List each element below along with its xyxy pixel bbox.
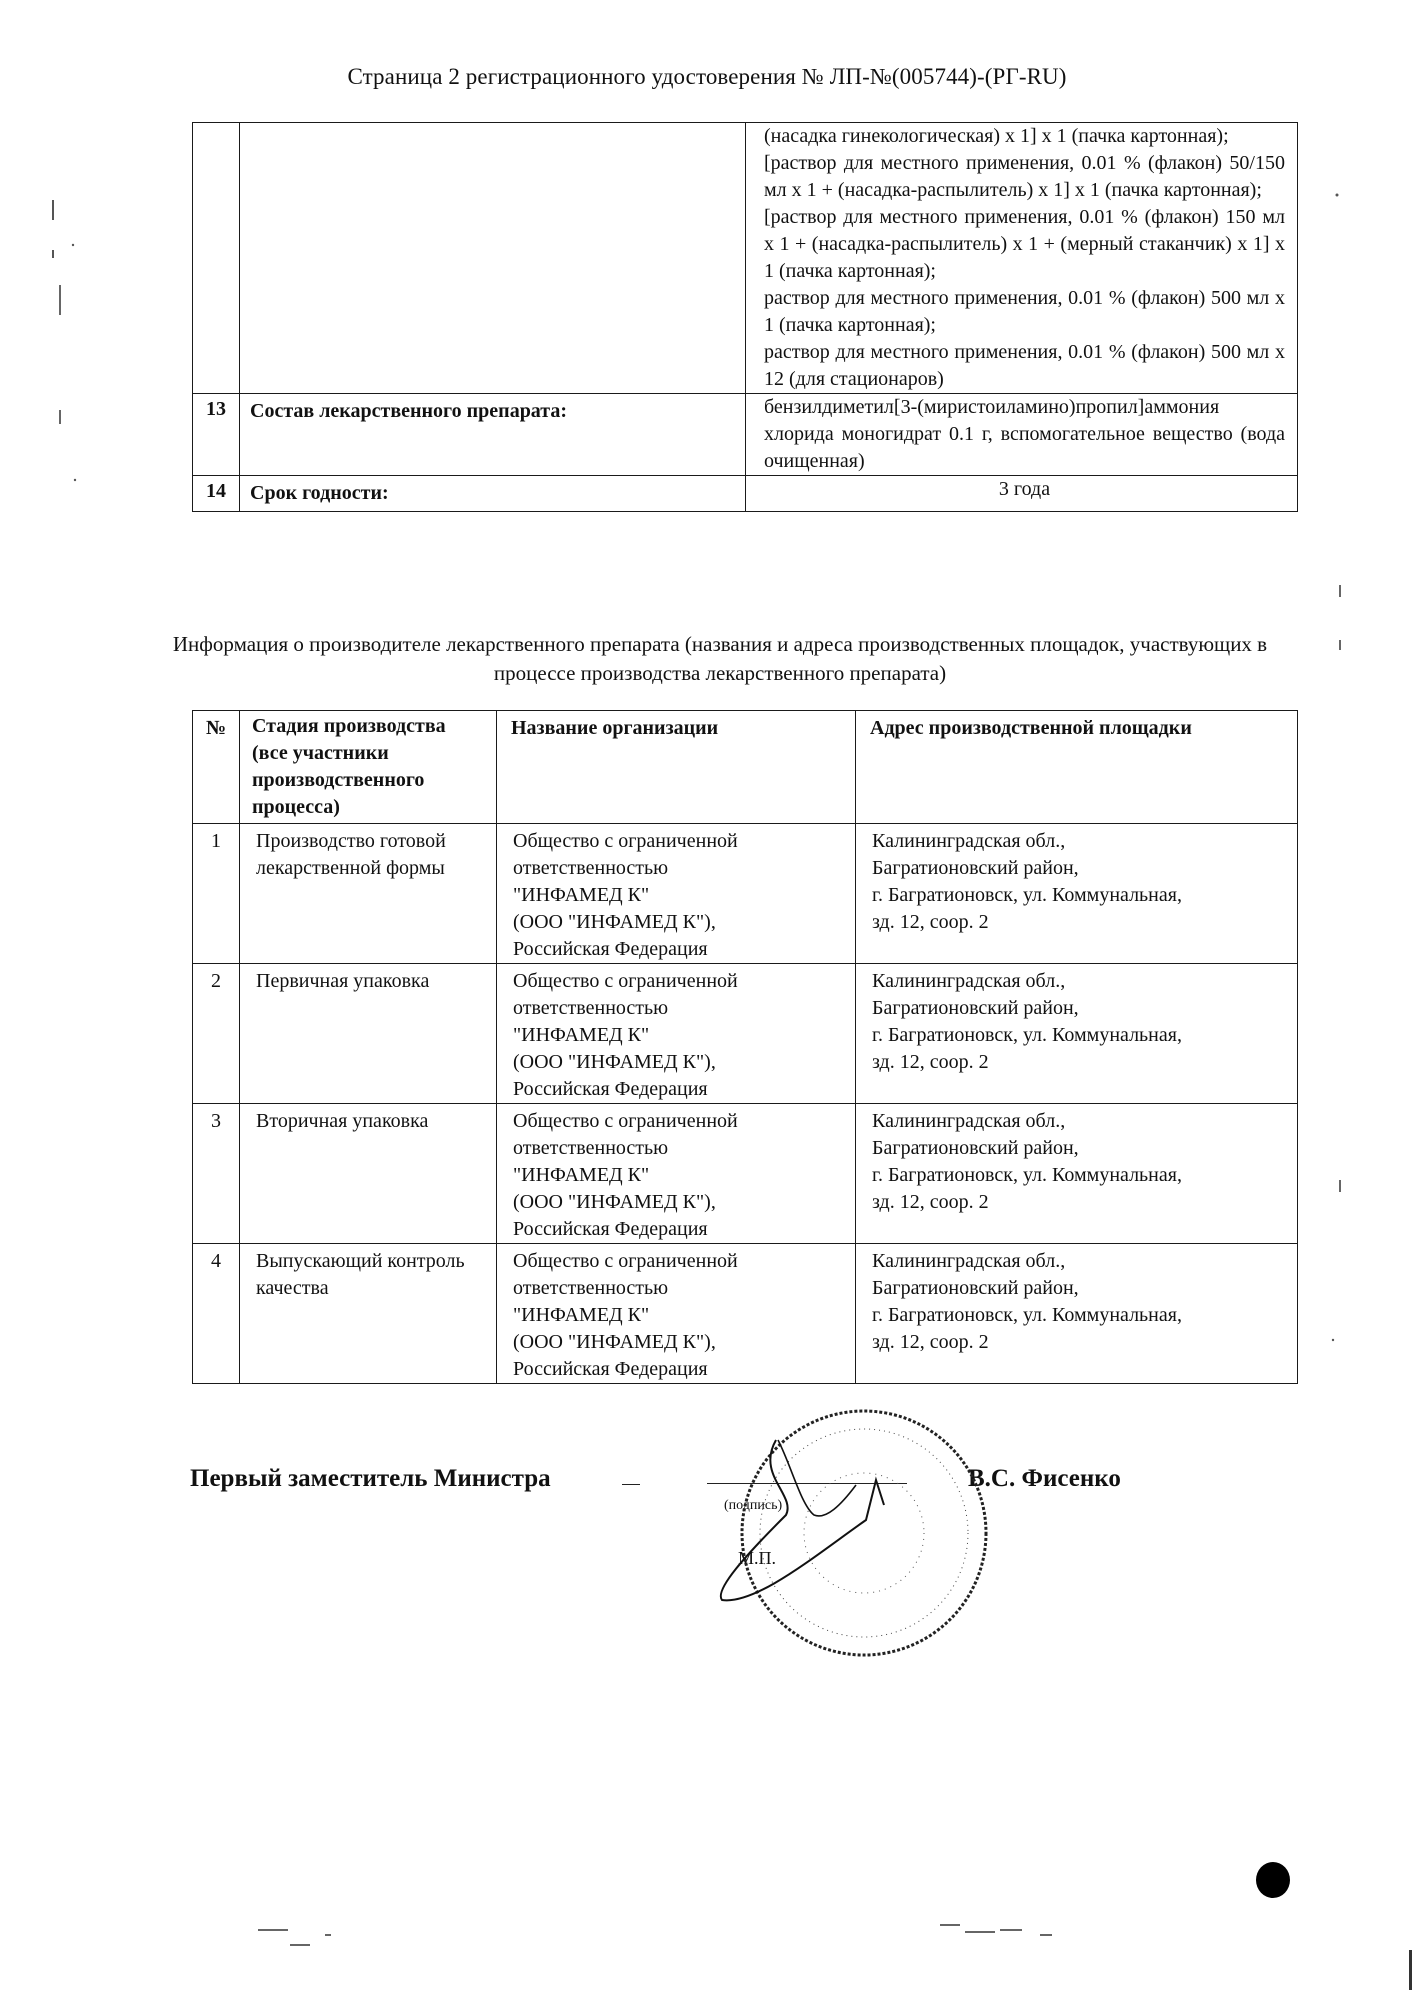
organization-name: Общество с ограниченнойответственностью"… xyxy=(497,824,856,964)
row-number: 3 xyxy=(193,1104,240,1244)
table-row: 4 Выпускающий контроль качества Общество… xyxy=(193,1244,1298,1384)
registration-details-table: (насадка гинекологическая) х 1] х 1 (пач… xyxy=(192,122,1298,512)
signatory-name: В.С. Фисенко xyxy=(968,1465,1121,1493)
composition-value: бензилдиметил[3-(миристоиламино)пропил]а… xyxy=(746,394,1298,476)
page-header: Страница 2 регистрационного удостоверени… xyxy=(0,64,1414,90)
row-number: 13 xyxy=(193,394,240,476)
row-label xyxy=(240,123,746,394)
organization-line: Российская Федерация xyxy=(513,1356,843,1383)
header-stage: Стадия производства (все участники произ… xyxy=(240,711,497,824)
production-stage: Первичная упаковка xyxy=(240,964,497,1104)
signature-caption: (подпись) xyxy=(724,1498,782,1514)
row-label: Срок годности: xyxy=(240,476,746,512)
address-line: зд. 12, соор. 2 xyxy=(872,1049,1285,1076)
packaging-item: [раствор для местного применения, 0.01 %… xyxy=(764,204,1285,285)
manufacturer-table: № Стадия производства (все участники про… xyxy=(192,710,1298,1384)
organization-line: "ИНФАМЕД К" xyxy=(513,1302,843,1329)
organization-line: ответственностью xyxy=(513,1275,843,1302)
organization-line: ответственностью xyxy=(513,1135,843,1162)
packaging-item: раствор для местного применения, 0.01 % … xyxy=(764,285,1285,339)
address-line: зд. 12, соор. 2 xyxy=(872,1189,1285,1216)
table-row-packaging-continuation: (насадка гинекологическая) х 1] х 1 (пач… xyxy=(193,123,1298,394)
packaging-item: раствор для местного применения, 0.01 % … xyxy=(764,339,1285,393)
manufacturer-caption: Информация о производителе лекарственног… xyxy=(150,630,1290,688)
row-number: 2 xyxy=(193,964,240,1104)
organization-line: "ИНФАМЕД К" xyxy=(513,882,843,909)
row-number: 1 xyxy=(193,824,240,964)
organization-line: "ИНФАМЕД К" xyxy=(513,1022,843,1049)
table-row: 3 Вторичная упаковка Общество с ограниче… xyxy=(193,1104,1298,1244)
organization-line: ответственностью xyxy=(513,995,843,1022)
official-seal-icon xyxy=(716,1385,996,1665)
header-org: Название организации xyxy=(497,711,856,824)
organization-line: Общество с ограниченной xyxy=(513,828,843,855)
address-line: г. Багратионовск, ул. Коммунальная, xyxy=(872,882,1285,909)
production-stage: Вторичная упаковка xyxy=(240,1104,497,1244)
organization-name: Общество с ограниченнойответственностью"… xyxy=(497,964,856,1104)
organization-line: Российская Федерация xyxy=(513,936,843,963)
address-line: зд. 12, соор. 2 xyxy=(872,1329,1285,1356)
address-line: зд. 12, соор. 2 xyxy=(872,909,1285,936)
organization-line: Общество с ограниченной xyxy=(513,1248,843,1275)
seal-label: М.П. xyxy=(738,1548,776,1569)
organization-name: Общество с ограниченнойответственностью"… xyxy=(497,1244,856,1384)
address-line: г. Багратионовск, ул. Коммунальная, xyxy=(872,1162,1285,1189)
header-address: Адрес производственной площадки xyxy=(856,711,1298,824)
organization-line: (ООО "ИНФАМЕД К"), xyxy=(513,1189,843,1216)
site-address: Калининградская обл.,Багратионовский рай… xyxy=(856,1244,1298,1384)
organization-line: "ИНФАМЕД К" xyxy=(513,1162,843,1189)
packaging-item: [раствор для местного применения, 0.01 %… xyxy=(764,150,1285,204)
row-number xyxy=(193,123,240,394)
production-stage: Выпускающий контроль качества xyxy=(240,1244,497,1384)
row-number: 14 xyxy=(193,476,240,512)
address-line: Багратионовский район, xyxy=(872,995,1285,1022)
organization-line: Общество с ограниченной xyxy=(513,1108,843,1135)
address-line: г. Багратионовск, ул. Коммунальная, xyxy=(872,1302,1285,1329)
signature-icon xyxy=(721,1440,884,1600)
organization-line: (ООО "ИНФАМЕД К"), xyxy=(513,909,843,936)
address-line: Багратионовский район, xyxy=(872,1275,1285,1302)
table-row: 2 Первичная упаковка Общество с ограниче… xyxy=(193,964,1298,1104)
address-line: Калининградская обл., xyxy=(872,968,1285,995)
organization-line: Российская Федерация xyxy=(513,1076,843,1103)
organization-line: Российская Федерация xyxy=(513,1216,843,1243)
address-line: Калининградская обл., xyxy=(872,1248,1285,1275)
shelf-life-value: 3 года xyxy=(746,476,1298,512)
table-header-row: № Стадия производства (все участники про… xyxy=(193,711,1298,824)
packaging-list: (насадка гинекологическая) х 1] х 1 (пач… xyxy=(746,123,1298,394)
address-line: г. Багратионовск, ул. Коммунальная, xyxy=(872,1022,1285,1049)
organization-name: Общество с ограниченнойответственностью"… xyxy=(497,1104,856,1244)
organization-line: ответственностью xyxy=(513,855,843,882)
signatory-position: Первый заместитель Министра xyxy=(190,1465,551,1493)
site-address: Калининградская обл.,Багратионовский рай… xyxy=(856,964,1298,1104)
table-row-shelf-life: 14 Срок годности: 3 года xyxy=(193,476,1298,512)
row-label: Состав лекарственного препарата: xyxy=(240,394,746,476)
address-line: Калининградская обл., xyxy=(872,1108,1285,1135)
table-row: 1 Производство готовой лекарственной фор… xyxy=(193,824,1298,964)
address-line: Багратионовский район, xyxy=(872,855,1285,882)
address-line: Багратионовский район, xyxy=(872,1135,1285,1162)
production-stage: Производство готовой лекарственной формы xyxy=(240,824,497,964)
organization-line: (ООО "ИНФАМЕД К"), xyxy=(513,1329,843,1356)
site-address: Калининградская обл.,Багратионовский рай… xyxy=(856,824,1298,964)
row-number: 4 xyxy=(193,1244,240,1384)
site-address: Калининградская обл.,Багратионовский рай… xyxy=(856,1104,1298,1244)
address-line: Калининградская обл., xyxy=(872,828,1285,855)
organization-line: Общество с ограниченной xyxy=(513,968,843,995)
header-num: № xyxy=(193,711,240,824)
punch-hole-icon xyxy=(1256,1862,1290,1898)
packaging-item: (насадка гинекологическая) х 1] х 1 (пач… xyxy=(764,123,1285,150)
signature-dash xyxy=(622,1484,640,1485)
table-row-composition: 13 Состав лекарственного препарата: бенз… xyxy=(193,394,1298,476)
organization-line: (ООО "ИНФАМЕД К"), xyxy=(513,1049,843,1076)
signature-line xyxy=(707,1483,907,1484)
